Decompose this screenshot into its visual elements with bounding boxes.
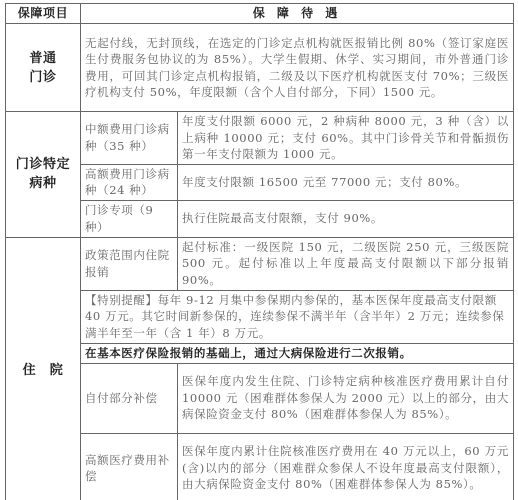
text-high-medical: 医保年度内累计住院核准医疗费用在 40 万元以上，60 万元(含)以内的部分（困… (178, 433, 514, 500)
item-policy-hospital: 政策范围内住院报销 (81, 237, 178, 290)
special-reminder: 【特别提醒】每年 9-12 月集中参保期内参保的，基本医保年度最高支付限额 40… (81, 290, 514, 343)
header-item: 保障项目 (6, 4, 81, 24)
item-high-cost: 高额费用门诊病种（24 种） (81, 164, 178, 200)
text-mid-cost: 年度支付限额 6000 元，2 种病种 8000 元，3 种（含）以上病种 10… (178, 112, 514, 165)
item-mid-cost: 中额费用门诊病种（35 种） (81, 112, 178, 165)
table-row: 普通门诊 无起付线，无封顶线，在选定的门诊定点机构就医报销比例 80%（签订家庭… (6, 24, 514, 112)
text-special: 执行住院最高支付限额，支付 90%。 (178, 200, 514, 237)
text-high-cost: 年度支付限额 16500 元至 77000 元；支付 80%。 (178, 164, 514, 200)
benefits-table: 保障项目 保 障 待 遇 普通门诊 无起付线，无封顶线，在选定的门诊定点机构就医… (5, 3, 514, 500)
header-row: 保障项目 保 障 待 遇 (6, 4, 514, 24)
table-row: 门诊专项（9 种） 执行住院最高支付限额，支付 90%。 (6, 200, 514, 237)
table-row: 在基本医疗保险报销的基础上，通过大病保险进行二次报销。 (6, 343, 514, 363)
general-outpatient-text: 无起付线，无封顶线，在选定的门诊定点机构就医报销比例 80%（签订家庭医生付费服… (81, 24, 514, 112)
table-row: 高额费用门诊病种（24 种） 年度支付限额 16500 元至 77000 元；支… (6, 164, 514, 200)
header-benefit: 保 障 待 遇 (81, 4, 514, 24)
table-row: 高额医疗费用补偿 医保年度内累计住院核准医疗费用在 40 万元以上，60 万元(… (6, 433, 514, 500)
item-special: 门诊专项（9 种） (81, 200, 178, 237)
table-row: 自付部分补偿 医保年度内发生住院、门诊特定病种核准医疗费用累计自付 10000 … (6, 363, 514, 433)
table-row: 【特别提醒】每年 9-12 月集中参保期内参保的，基本医保年度最高支付限额 40… (6, 290, 514, 343)
table-row: 住 院 政策范围内住院报销 起付标准：一级医院 150 元，二级医院 250 元… (6, 237, 514, 290)
text-policy-hospital: 起付标准：一级医院 150 元，二级医院 250 元，三级医院 500 元。起付… (178, 237, 514, 290)
category-special-outpatient: 门诊特定病种 (6, 112, 81, 238)
table-row: 门诊特定病种 中额费用门诊病种（35 种） 年度支付限额 6000 元，2 种病… (6, 112, 514, 165)
category-general-outpatient: 普通门诊 (6, 24, 81, 112)
critical-illness-intro: 在基本医疗保险报销的基础上，通过大病保险进行二次报销。 (81, 343, 514, 363)
text-self-pay: 医保年度内发生住院、门诊特定病种核准医疗费用累计自付 10000 元（困难群体参… (178, 363, 514, 433)
item-high-medical: 高额医疗费用补偿 (81, 433, 178, 500)
category-hospitalization: 住 院 (6, 237, 81, 500)
item-self-pay: 自付部分补偿 (81, 363, 178, 433)
